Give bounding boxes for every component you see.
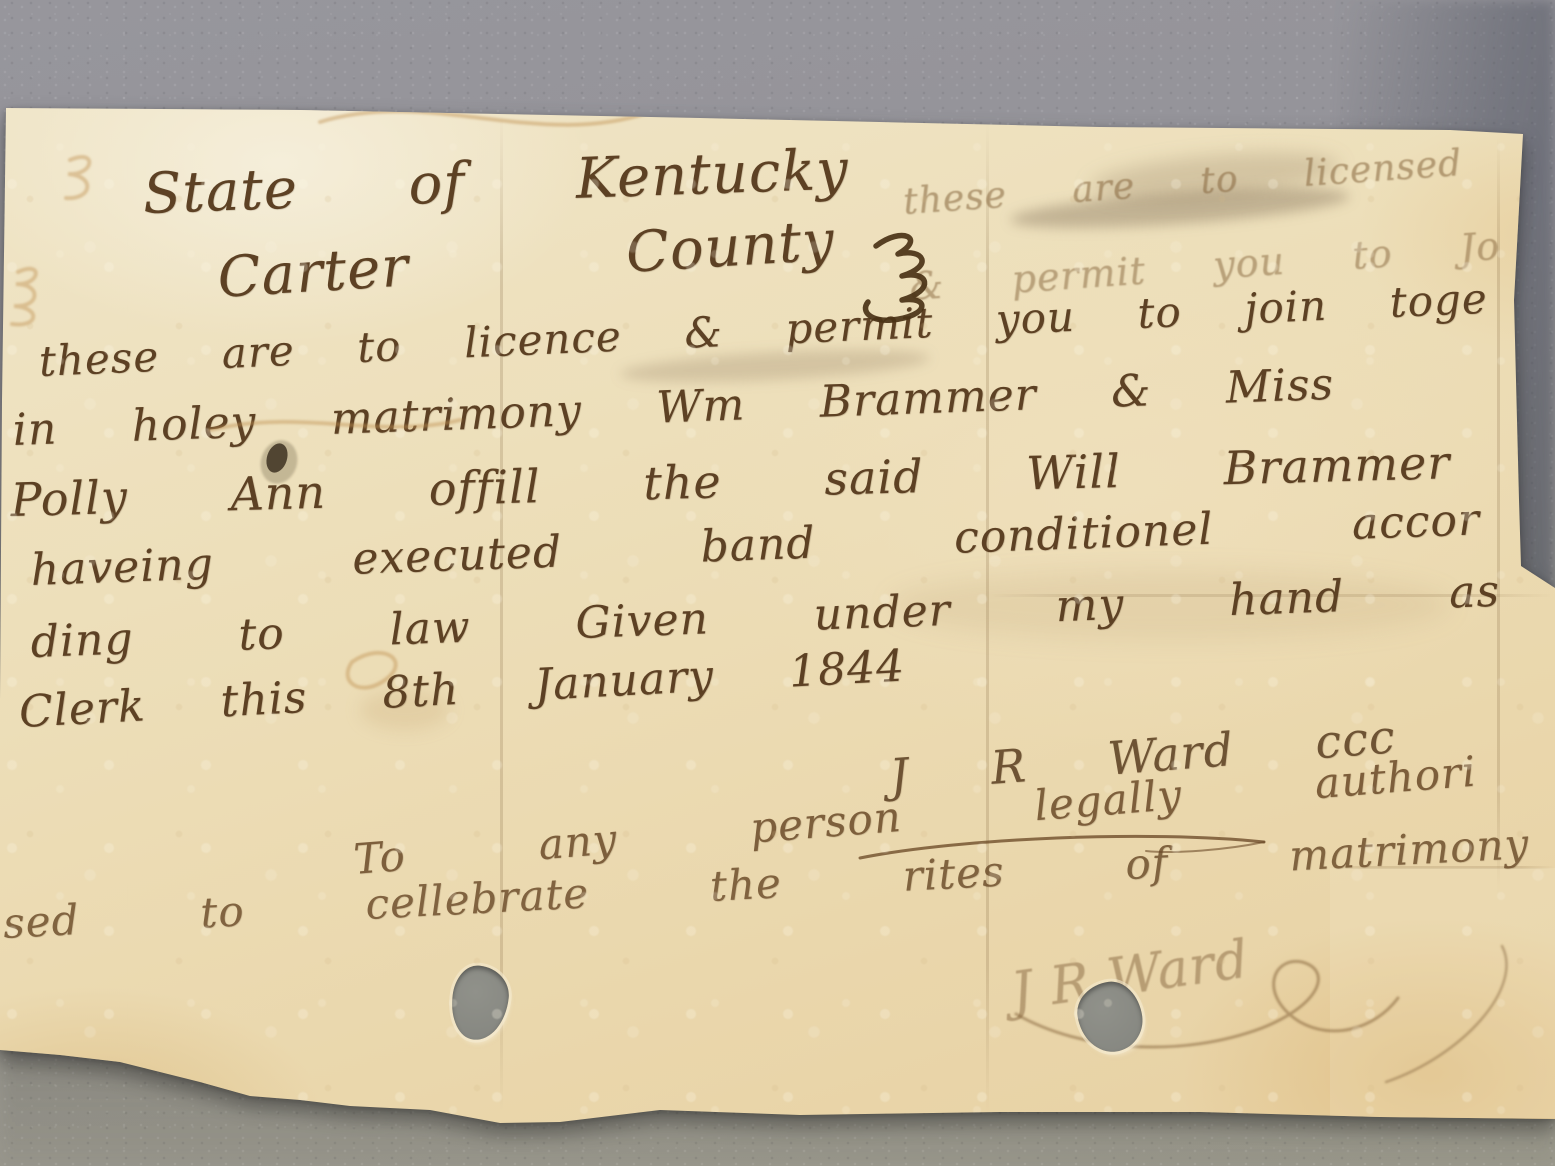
handwritten-line-faded-1: these are to licensed xyxy=(902,145,1463,222)
ink-flourishes-overlay xyxy=(0,0,1555,1166)
handwritten-line-state: State of Kentucky xyxy=(142,141,850,224)
handwritten-line-body-1: these are to licence & permit you to joi… xyxy=(38,277,1489,384)
bottom-signature-flourish xyxy=(1016,961,1398,1047)
ink-smudge xyxy=(619,344,930,388)
horizontal-fold-crease xyxy=(1330,866,1555,869)
clerk-signature-line: J R Ward ccc xyxy=(888,712,1397,800)
handwritten-line-address-1: To any person legally authori xyxy=(352,750,1478,882)
signature-underline-flourish xyxy=(860,836,1264,858)
horizontal-fold-crease xyxy=(988,594,1555,597)
ink-smudge xyxy=(1089,144,1342,208)
handwritten-line-faded-2: & permit you to Jo xyxy=(908,227,1501,308)
handwritten-line-body-6: Clerk this 8th January 1844 xyxy=(18,644,906,737)
handwritten-line-body-2: in holey matrimony Wm Brammer & Miss xyxy=(12,362,1335,454)
paper-stain xyxy=(360,690,450,730)
document-paper: State of Kentucky these are to licensed … xyxy=(0,0,1555,1166)
matrimony-descender-flourish xyxy=(1386,946,1506,1082)
ink-smudge xyxy=(1009,180,1350,236)
ink-blot-halo xyxy=(255,436,303,489)
handwritten-line-body-3: Polly Ann offill the said Will Brammer xyxy=(10,438,1451,524)
vertical-fold-crease xyxy=(500,112,503,1112)
ink-blot xyxy=(263,441,291,476)
handwritten-line-address-2: sed to cellebrate the rites of matrimony xyxy=(2,822,1530,946)
ink-bleed-squiggles xyxy=(12,111,650,687)
photo-of-handwritten-document: State of Kentucky these are to licensed … xyxy=(0,0,1555,1166)
signature-underline-tail xyxy=(1146,842,1264,852)
handwritten-line-body-5: ding to law Given under my hand as xyxy=(30,569,1501,666)
overlapping-paper-flap xyxy=(1330,868,1555,1118)
document-paper-wrap: State of Kentucky these are to licensed … xyxy=(0,0,1555,1166)
paper-stain xyxy=(890,570,1450,640)
handwritten-line-body-4: haveing executed band conditionel accor xyxy=(30,497,1481,594)
torn-paper-hole xyxy=(1073,978,1146,1056)
bottom-signature-line: J R Ward xyxy=(1008,919,1352,1020)
curly-brace-scrawl xyxy=(865,236,924,321)
handwritten-line-county: Carter County xyxy=(216,212,836,308)
vertical-fold-crease xyxy=(986,122,989,1114)
vertical-fold-crease xyxy=(1497,136,1500,894)
torn-paper-hole xyxy=(448,963,511,1042)
